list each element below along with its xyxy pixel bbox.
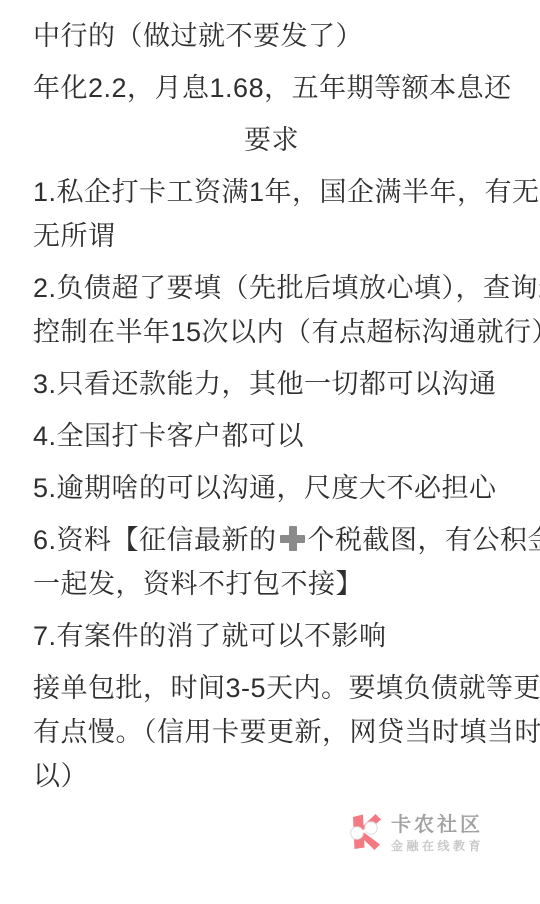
- text-line: 有点慢。（信用卡要更新，网贷当时填当时就可: [33, 710, 510, 754]
- text-segment: 6.资料【征信最新的: [33, 525, 277, 555]
- text-line: 以）: [33, 754, 510, 798]
- paragraph-item-4: 4.全国打卡客户都可以: [33, 414, 510, 458]
- page-background: 中行的（做过就不要发了） 年化2.2，月息1.68，五年期等额本息还 要求 1.…: [0, 0, 540, 904]
- text-line: 4.全国打卡客户都可以: [33, 414, 510, 458]
- text-line: 无所谓: [33, 214, 510, 258]
- text-segment: 个税截图，有公积金的也: [308, 525, 540, 555]
- paragraph-requirements-heading: 要求: [33, 118, 510, 162]
- paragraph-item-3: 3.只看还款能力，其他一切都可以沟通: [33, 362, 510, 406]
- text-line: 接单包批，时间3-5天内。要填负债就等更新，: [33, 666, 510, 710]
- text-line-with-plus: 6.资料【征信最新的个税截图，有公积金的也: [33, 518, 510, 562]
- text-line: 年化2.2，月息1.68，五年期等额本息还: [33, 66, 510, 110]
- heavy-plus-icon: [280, 526, 305, 551]
- post-text-content: 中行的（做过就不要发了） 年化2.2，月息1.68，五年期等额本息还 要求 1.…: [0, 0, 540, 798]
- text-line: 控制在半年15次以内（有点超标沟通就行）: [33, 310, 510, 354]
- text-line: 1.私企打卡工资满1年，国企满半年，有无公积金: [33, 170, 510, 214]
- paragraph-title: 中行的（做过就不要发了）: [33, 14, 510, 58]
- watermark-text: 卡农社区 金融在线教育: [391, 814, 484, 853]
- paragraph-item-2: 2.负债超了要填（先批后填放心填），查询最好 控制在半年15次以内（有点超标沟通…: [33, 266, 510, 354]
- brand-tagline: 金融在线教育: [391, 839, 484, 853]
- watermark: 卡农社区 金融在线教育: [349, 812, 484, 855]
- text-line: 中行的（做过就不要发了）: [33, 14, 510, 58]
- text-line: 5.逾期啥的可以沟通，尺度大不必担心: [33, 466, 510, 510]
- paragraph-item-1: 1.私企打卡工资满1年，国企满半年，有无公积金 无所谓: [33, 170, 510, 258]
- text-line: 一起发，资料不打包不接】: [33, 562, 510, 606]
- text-line: 7.有案件的消了就可以不影响: [33, 614, 510, 658]
- paragraph-item-7: 7.有案件的消了就可以不影响: [33, 614, 510, 658]
- kanong-logo-icon: [349, 812, 383, 855]
- paragraph-item-5: 5.逾期啥的可以沟通，尺度大不必担心: [33, 466, 510, 510]
- brand-name: 卡农社区: [391, 814, 484, 836]
- paragraph-rate: 年化2.2，月息1.68，五年期等额本息还: [33, 66, 510, 110]
- paragraph-closing: 接单包批，时间3-5天内。要填负债就等更新， 有点慢。（信用卡要更新，网贷当时填…: [33, 666, 510, 798]
- requirements-heading: 要求: [33, 118, 510, 162]
- paragraph-item-6: 6.资料【征信最新的个税截图，有公积金的也 一起发，资料不打包不接】: [33, 518, 510, 606]
- text-line: 2.负债超了要填（先批后填放心填），查询最好: [33, 266, 510, 310]
- text-line: 3.只看还款能力，其他一切都可以沟通: [33, 362, 510, 406]
